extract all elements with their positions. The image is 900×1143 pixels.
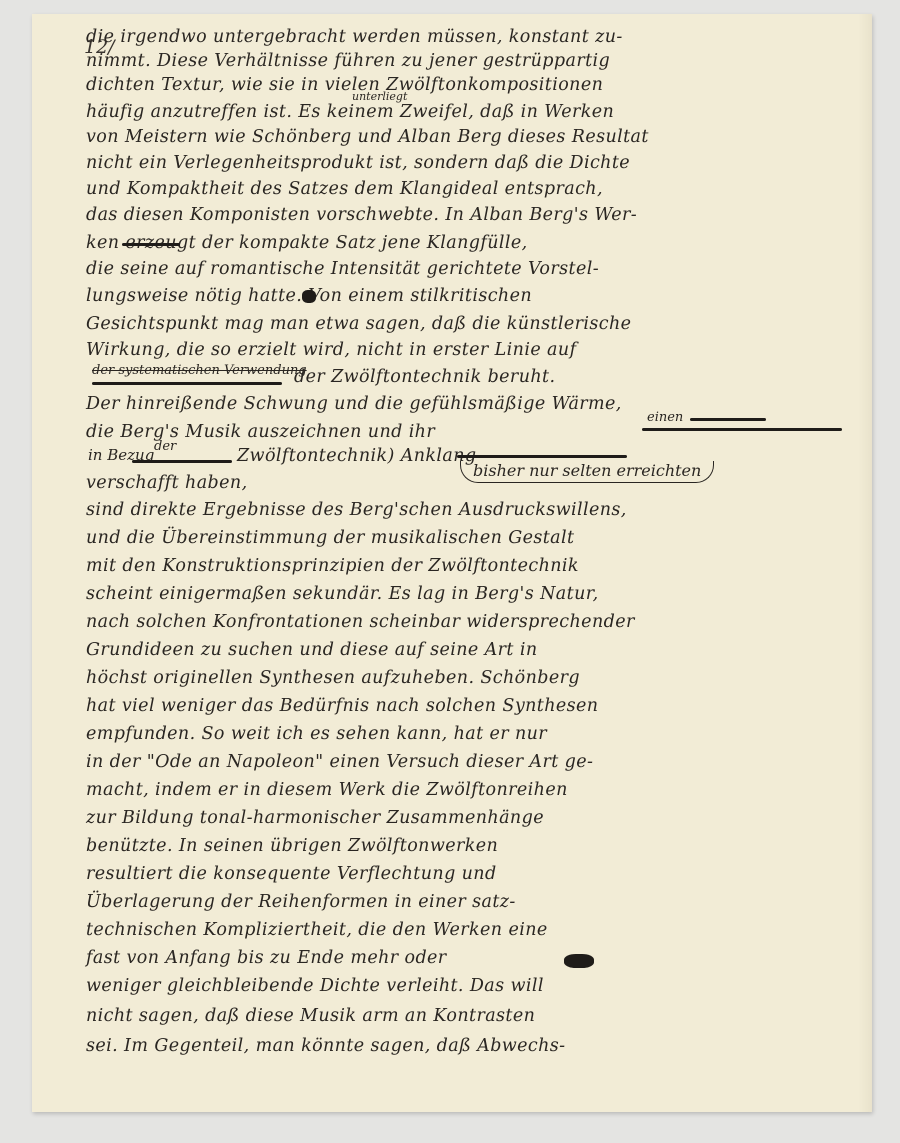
text-line-20: und die Übereinstimmung der musikalische… [86, 528, 574, 548]
text-line-33: Überlagerung der Reihenformen in einer s… [86, 892, 516, 912]
text-line-12: Gesichtspunkt mag man etwa sagen, daß di… [86, 314, 631, 334]
text-line-26: hat viel weniger das Bedürfnis nach solc… [86, 696, 598, 716]
strikethrough [92, 382, 282, 385]
insertion-der: der [154, 439, 176, 454]
text-line-3: dichten Textur, wie sie in vielen Zwölft… [86, 75, 603, 95]
text-line-15: Der hinreißende Schwung und die gefühlsm… [86, 394, 622, 414]
text-line-13: Wirkung, die so erzielt wird, nicht in e… [86, 340, 576, 360]
strikethrough [642, 428, 842, 431]
text-line-10: die seine auf romantische Intensität ger… [86, 259, 599, 279]
text-line-35: fast von Anfang bis zu Ende mehr oder [86, 948, 447, 968]
text-line-24: Grundideen zu suchen und diese auf seine… [86, 640, 538, 660]
strikethrough [690, 418, 766, 421]
text-line-27: empfunden. So weit ich es sehen kann, ha… [86, 724, 547, 744]
text-line-14: der Zwölftontechnik beruht. [294, 367, 555, 387]
text-line-28: in der "Ode an Napoleon" einen Versuch d… [86, 752, 593, 772]
strikethrough [122, 243, 180, 246]
text-line-34: technischen Kompliziertheit, die den Wer… [86, 920, 548, 940]
text-line-36: weniger gleichbleibende Dichte verleiht.… [86, 976, 544, 996]
text-line-38: sei. Im Gegenteil, man könnte sagen, daß… [86, 1036, 566, 1056]
text-line-6: nicht ein Verlegenheitsprodukt ist, sond… [86, 153, 630, 173]
ink-blot [564, 954, 594, 968]
text-line-21: mit den Konstruktionsprinzipien der Zwöl… [86, 556, 579, 576]
text-line-4: häufig anzutreffen ist. Es keinem Zweife… [86, 102, 614, 122]
text-line-29: macht, indem er in diesem Werk die Zwölf… [86, 780, 568, 800]
text-line-16: die Berg's Musik auszeichnen und ihr [86, 422, 435, 442]
text-line-2: nimmt. Diese Verhältnisse führen zu jene… [86, 51, 610, 71]
manuscript-page: 12/ die irgendwo untergebracht werden mü… [32, 14, 872, 1112]
insertion-systematischen: der systematischen Verwendung [92, 363, 307, 378]
text-line-30: zur Bildung tonal-harmonischer Zusammenh… [86, 808, 544, 828]
text-line-19: sind direkte Ergebnisse des Berg'schen A… [86, 500, 627, 520]
text-line-1: die irgendwo untergebracht werden müssen… [86, 27, 623, 47]
text-line-7: und Kompaktheit des Satzes dem Klangidea… [86, 179, 603, 199]
text-line-22: scheint einigermaßen sekundär. Es lag in… [86, 584, 599, 604]
strikethrough [457, 455, 627, 458]
text-line-17: Zwölftontechnik) Anklang [237, 446, 477, 466]
text-line-25: höchst originellen Synthesen aufzuheben.… [86, 668, 580, 688]
insertion-einen: einen [647, 410, 683, 425]
text-line-37: nicht sagen, daß diese Musik arm an Kont… [86, 1006, 535, 1026]
text-line-23: nach solchen Konfrontationen scheinbar w… [86, 612, 635, 632]
text-line-18: verschafft haben, [86, 473, 248, 493]
text-line-31: benützte. In seinen übrigen Zwölftonwerk… [86, 836, 498, 856]
ink-blot [302, 290, 316, 303]
text-line-5: von Meistern wie Schönberg und Alban Ber… [86, 127, 649, 147]
bracket-note: bisher nur selten erreichten [460, 461, 714, 483]
text-line-8: das diesen Komponisten vorschwebte. In A… [86, 205, 637, 225]
strikethrough [132, 460, 232, 463]
text-line-32: resultiert die konsequente Verflechtung … [86, 864, 497, 884]
